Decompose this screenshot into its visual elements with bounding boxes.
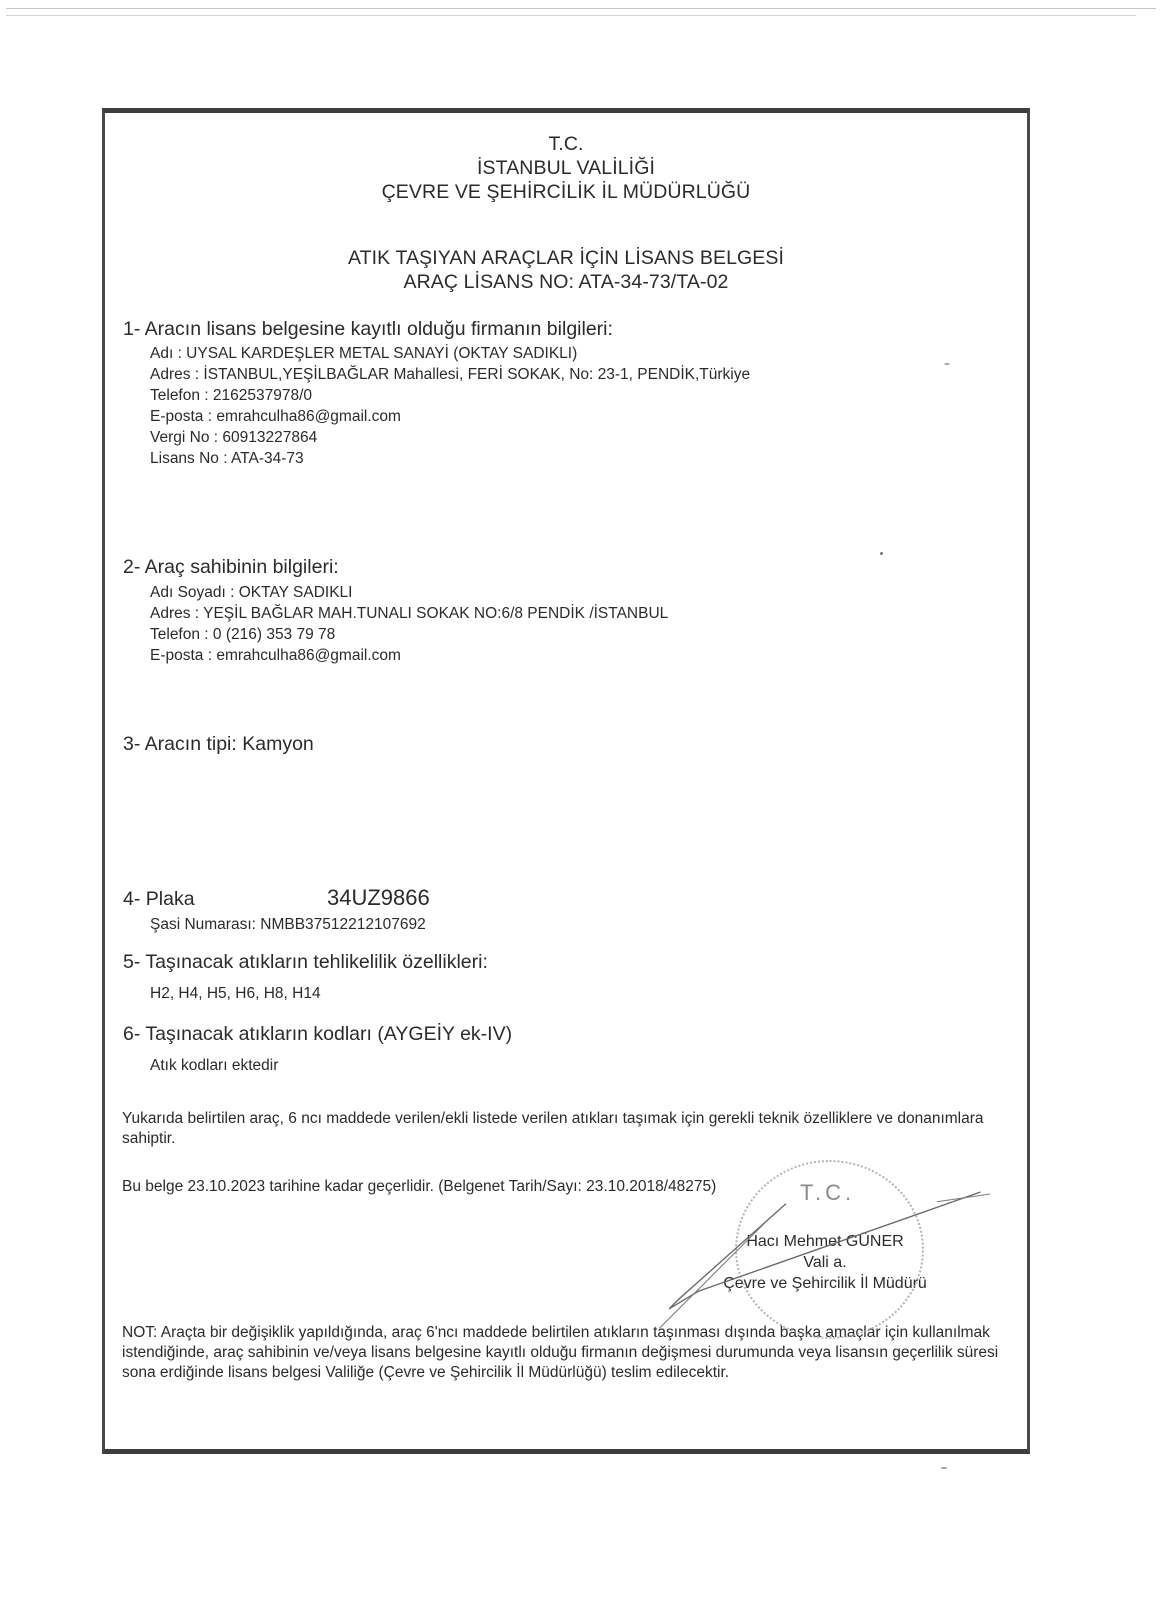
- scan-speck: [944, 363, 950, 365]
- section6-heading: 6- Taşınacak atıkların kodları (AYGEİY e…: [123, 1023, 512, 1046]
- scan-speck: [941, 1467, 947, 1469]
- section2-heading: 2- Araç sahibinin bilgileri:: [123, 556, 339, 579]
- header-tc: T.C.: [105, 133, 1027, 156]
- statement-paragraph: Yukarıda belirtilen araç, 6 ncı maddede …: [122, 1109, 1002, 1149]
- firm-address: Adres : İSTANBUL,YEŞİLBAĞLAR Mahallesi, …: [150, 366, 750, 384]
- signature-scribble: [640, 1165, 1000, 1365]
- document-title: ATIK TAŞIYAN ARAÇLAR İÇİN LİSANS BELGESİ: [105, 247, 1027, 270]
- firm-phone: Telefon : 2162537978/0: [150, 387, 312, 405]
- chassis-number: Şasi Numarası: NMBB37512212107692: [150, 916, 426, 934]
- firm-name: Adı : UYSAL KARDEŞLER METAL SANAYİ (OKTA…: [150, 345, 577, 363]
- section3-vehicle-type: 3- Aracın tipi: Kamyon: [123, 733, 314, 756]
- owner-name: Adı Soyadı : OKTAY SADIKLI: [150, 584, 352, 602]
- scan-artifact-line: [6, 8, 1156, 9]
- section5-heading: 5- Taşınacak atıkların tehlikelilik özel…: [123, 951, 488, 974]
- scan-speck: [880, 552, 883, 555]
- owner-phone: Telefon : 0 (216) 353 79 78: [150, 626, 335, 644]
- firm-license-no: Lisans No : ATA-34-73: [150, 450, 304, 468]
- section4-heading: 4- Plaka: [123, 888, 195, 911]
- owner-email: E-posta : emrahculha86@gmail.com: [150, 647, 401, 665]
- hazard-properties: H2, H4, H5, H6, H8, H14: [150, 985, 321, 1003]
- header-governorship: İSTANBUL VALİLİĞİ: [105, 157, 1027, 180]
- firm-tax-no: Vergi No : 60913227864: [150, 429, 317, 447]
- scan-artifact-line: [6, 15, 1136, 16]
- section1-heading: 1- Aracın lisans belgesine kayıtlı olduğ…: [123, 318, 613, 341]
- waste-codes: Atık kodları ektedir: [150, 1057, 278, 1075]
- header-directorate: ÇEVRE VE ŞEHİRCİLİK İL MÜDÜRLÜĞÜ: [105, 181, 1027, 204]
- plate-number: 34UZ9866: [327, 885, 430, 911]
- firm-email: E-posta : emrahculha86@gmail.com: [150, 408, 401, 426]
- owner-address: Adres : YEŞİL BAĞLAR MAH.TUNALI SOKAK NO…: [150, 605, 668, 623]
- license-number: ARAÇ LİSANS NO: ATA-34-73/TA-02: [105, 271, 1027, 294]
